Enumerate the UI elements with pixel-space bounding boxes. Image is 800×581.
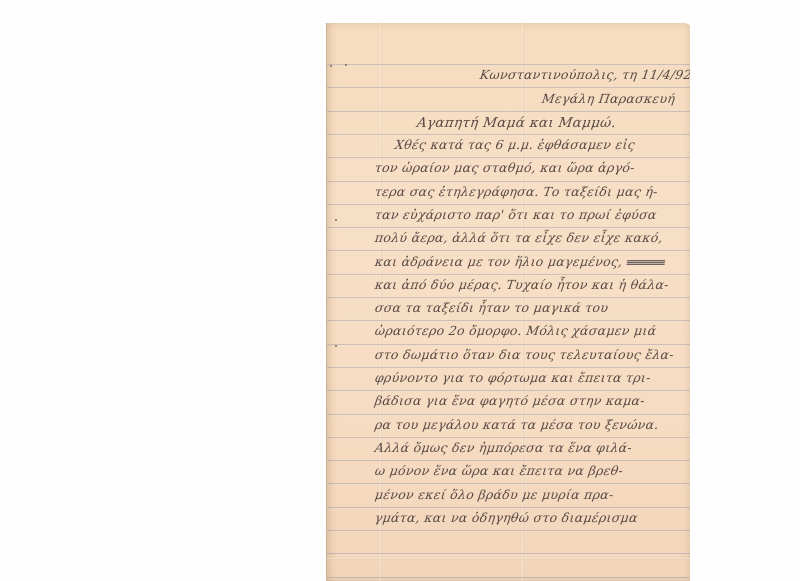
ruled-line — [327, 227, 690, 228]
ruled-line — [327, 250, 690, 251]
letter-body-line: Χθές κατά τας 6 μ.μ. ἐφθάσαμεν εἰς — [394, 137, 636, 152]
ruled-line — [327, 87, 690, 88]
letter-body-line: ὠραιότερο 2ο ὄμορφο. Μόλις χάσαμεν μιά — [374, 323, 658, 338]
letter-body-line: σσα τα ταξείδι ἦταν το μαγικά του — [374, 300, 609, 315]
letter-body-line: γμάτα, και να ὁδηγηθώ στο διαμέρισμα — [374, 510, 639, 525]
ruled-line — [327, 367, 690, 368]
letter-body-line: ταν εὐχάριστο παρ' ὅτι και το πρωί ἐφύσα — [374, 207, 658, 222]
ruled-line — [327, 134, 690, 135]
ruled-line — [327, 64, 690, 65]
struck-out-word — [626, 260, 665, 265]
ruled-line — [327, 320, 690, 321]
ruled-line — [327, 274, 690, 275]
ruled-line — [327, 111, 690, 112]
letter-body-line: Αλλά ὅμως δεν ἠμπόρεσα τα ἕνα φιλά- — [374, 440, 633, 455]
ruled-line — [327, 437, 690, 438]
letter-body-line: πολύ ἄερα, ἀλλά ὅτι τα εἶχε δεν εἶχε κακ… — [374, 230, 664, 245]
ruled-line — [327, 577, 690, 578]
ruled-line — [327, 553, 690, 554]
paper-fold-horizontal — [327, 558, 690, 560]
letter-body-line: φρύνοντο για το φόρτωμα και ἔπειτα τρι- — [374, 370, 652, 385]
ruled-line — [327, 507, 690, 508]
letter-body-line: ω μόνον ἕνα ὥρα και ἔπειτα να βρεθ- — [374, 463, 624, 478]
letter-body-line: βάδισα για ἕνα φαγητό μέσα στην καμα- — [374, 393, 646, 408]
ink-speck — [330, 65, 332, 67]
letter-body-line: τερα σας ἐτηλεγράφησα. Το ταξείδι μας ή- — [374, 184, 659, 199]
letter-salutation: Αγαπητή Μαμά και Μαμμώ. — [416, 115, 617, 131]
ruled-line — [327, 390, 690, 391]
ink-speck — [345, 64, 347, 66]
letter-body-line: τον ὡραίον μας σταθμό, και ὥρα ἀργό- — [374, 160, 636, 175]
letter-body-line: και ἀδράνεια με τον ἥλιο μαγεμένος, — [374, 254, 666, 269]
letter-place-date: Κωνσταντινούπολις, τη 11/4/92 — [479, 67, 690, 82]
letter-day: Μεγάλη Παρασκευή — [541, 91, 676, 106]
ruled-line — [327, 414, 690, 415]
scanned-page-background: Κωνσταντινούπολις, τη 11/4/92 Μεγάλη Παρ… — [0, 0, 800, 581]
ruled-line — [327, 181, 690, 182]
letter-body-line: ρα του μεγάλου κατά τα μέσα του ξενώνα. — [374, 417, 660, 432]
ruled-line — [327, 344, 690, 345]
ruled-line — [327, 297, 690, 298]
letter-body-line: και ἀπό δύο μέρας. Τυχαίο ἦτον και ἡ θάλ… — [374, 277, 670, 292]
ruled-line — [327, 483, 690, 484]
letter-body-line: στο δωμάτιο ὅταν δια τους τελευταίους ἔλ… — [374, 347, 675, 362]
ruled-line — [327, 460, 690, 461]
ruled-line — [327, 204, 690, 205]
letter-body-line: μένον εκεί ὅλο βράδυ με μυρία πρα- — [374, 487, 615, 502]
ink-speck — [335, 345, 337, 347]
ink-speck — [335, 219, 337, 221]
letter-paper: Κωνσταντινούπολις, τη 11/4/92 Μεγάλη Παρ… — [327, 23, 690, 581]
ruled-line — [327, 530, 690, 531]
ruled-line — [327, 157, 690, 158]
